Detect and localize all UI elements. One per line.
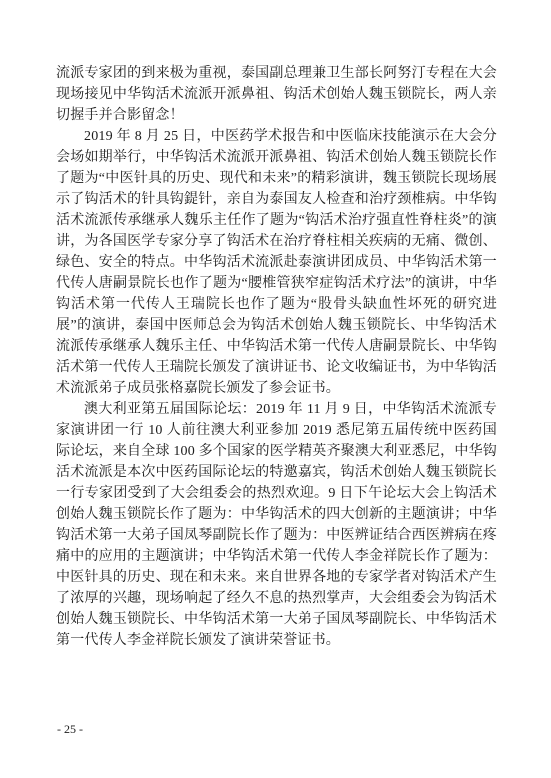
paragraph-continuation: 流派专家团的到来极为重视，泰国副总理兼卫生部长阿努汀专程在大会现场接见中华钩活术…	[56, 63, 497, 126]
paragraph-thailand-conference: 2019 年 8 月 25 日，中医药学术报告和中医临床技能演示在大会分会场如期…	[56, 126, 497, 399]
page-number: - 25 -	[57, 721, 83, 737]
document-page: 流派专家团的到来极为重视，泰国副总理兼卫生部长阿努汀专程在大会现场接见中华钩活术…	[0, 0, 551, 778]
body-text: 流派专家团的到来极为重视，泰国副总理兼卫生部长阿努汀专程在大会现场接见中华钩活术…	[56, 63, 497, 651]
paragraph-australia-forum: 澳大利亚第五届国际论坛：2019 年 11 月 9 日，中华钩活术流派专家演讲团…	[56, 399, 497, 651]
